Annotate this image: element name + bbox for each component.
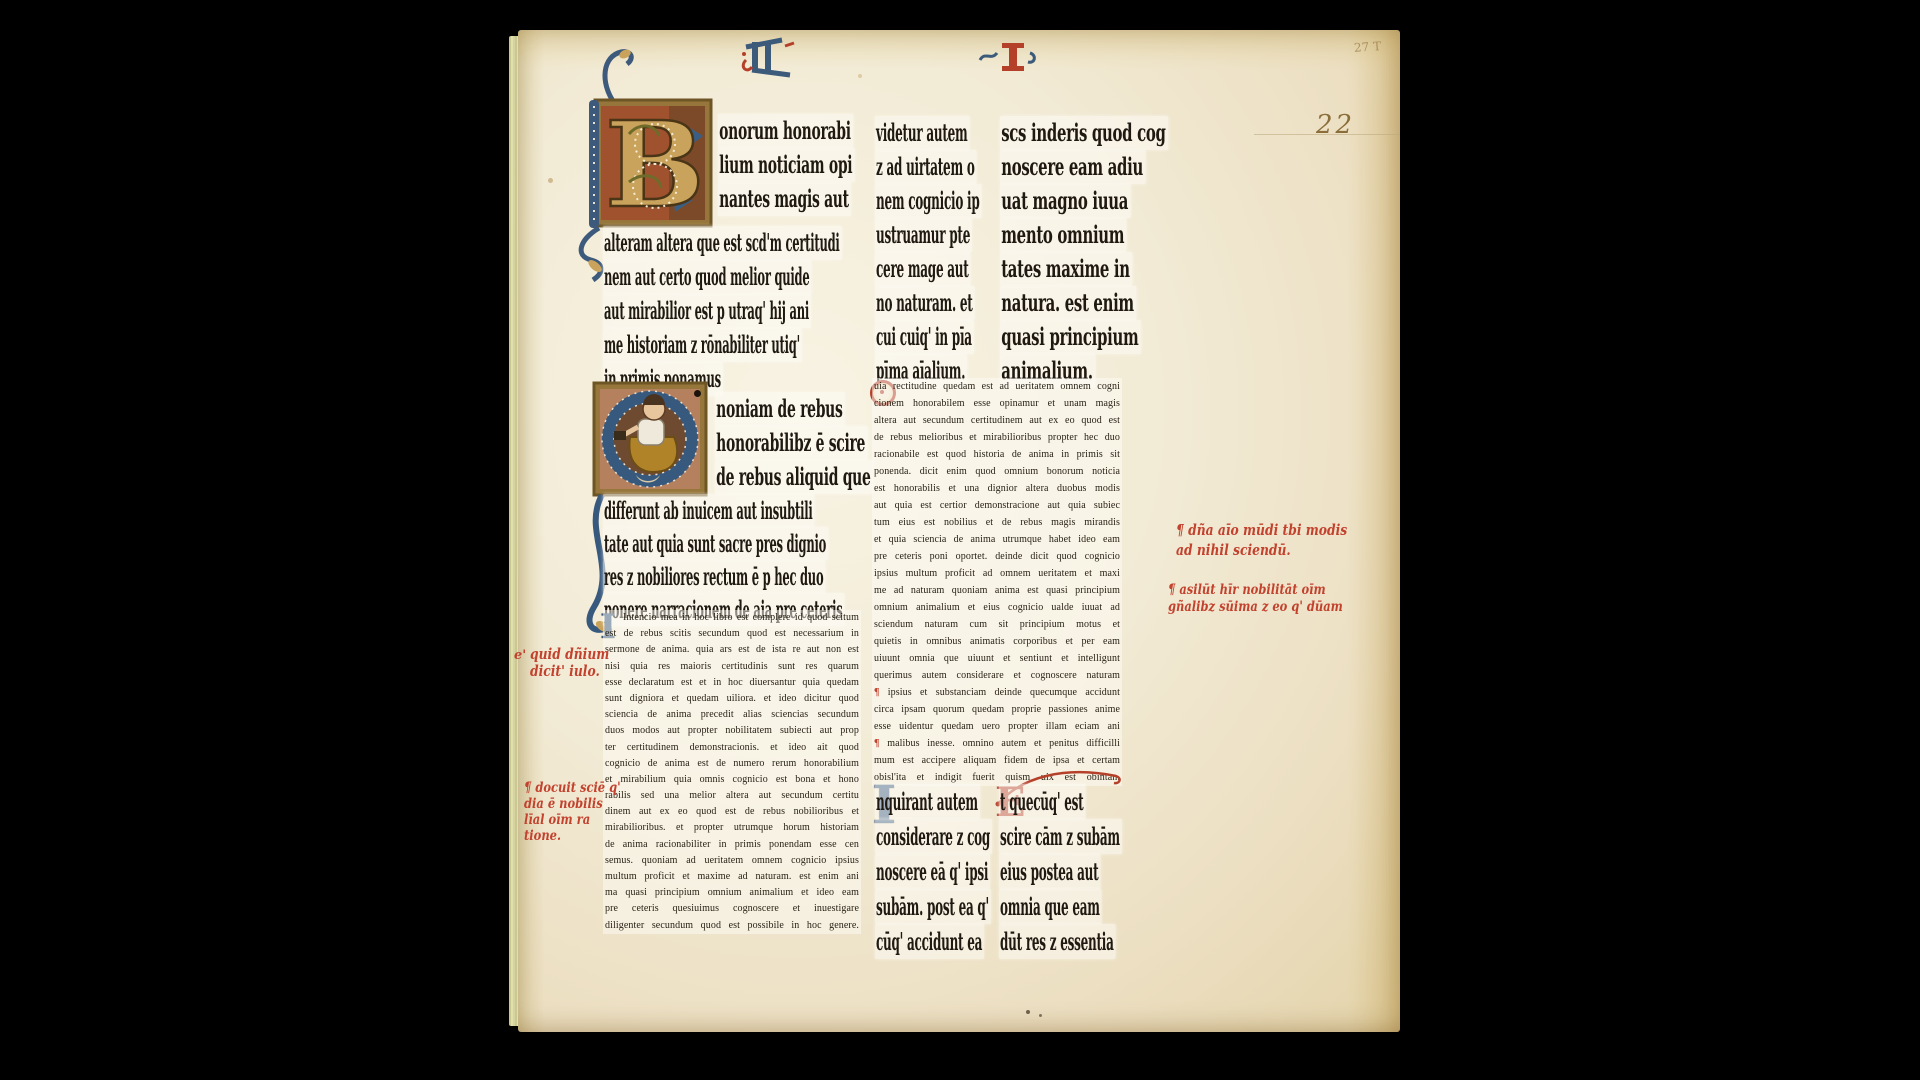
commentary-line: et quia sciencia de anima utrumque habet… <box>872 531 1122 548</box>
text-line-content: nem aut certo quod melior quide <box>603 260 811 294</box>
commentary-line: semus. quoniam ad ueritatem omnem cognic… <box>603 853 861 869</box>
commentary-line: uia rectitudine quedam est ad ueritatem … <box>872 378 1122 395</box>
text-line-content: me historiam z rōnabiliter utiq' <box>603 328 802 362</box>
bottom-block-right: t quecūq' estscire cām z subāmeius poste… <box>999 784 1245 959</box>
commentary-line: me ad naturam quoniam anima est quasi pr… <box>872 582 1122 599</box>
commentary-line: tum eius est nobilius et de rebus magis … <box>872 514 1122 531</box>
commentary-line: sciendum naturam cum sit principium motu… <box>872 616 1122 633</box>
quire-mark: 27 T <box>1354 41 1382 53</box>
text-line-content: noscere eā q' ipsi <box>875 854 990 889</box>
left-margin-note-2: ¶ docuit sciē q'dia ē nobilislīal oīm ra… <box>524 780 642 844</box>
commentary-line: ma quasi principium omnium animalium et … <box>603 885 861 901</box>
commentary-line: sciencia de anima precedit alias scienci… <box>603 707 861 723</box>
commentary-line: ipsius multum proficit ad omnem ueritate… <box>872 565 1122 582</box>
text-line-content: eius postea aut <box>999 854 1100 889</box>
text-line-content: natura. est enim <box>1000 286 1136 320</box>
text-line-content: dūt res z essentia <box>999 924 1116 959</box>
text-line-content: nantes magis aut <box>718 182 851 216</box>
text-line-content: res z nobiliores rectum ē p hec duo <box>603 560 825 593</box>
commentary-line: quietis in omnibus animatis corporibus e… <box>872 633 1122 650</box>
commentary-line: uiuunt omnia que uiuunt et sentiunt et i… <box>872 650 1122 667</box>
margin-note-line: dia ē nobilis <box>524 796 621 812</box>
text-line-content: aut mirabilior est p utraq' hij ani <box>603 294 811 328</box>
margin-mark: e' <box>514 648 526 663</box>
commentary-line: pre ceteris poni oportet. deinde dicit q… <box>872 548 1122 565</box>
commentary-line: pre ceteris quesiuimus cognoscere et inu… <box>603 901 861 917</box>
commentary-line: sunt digniora et quedam uiliora. et ideo… <box>603 691 861 707</box>
text-line-content: nquirant autem <box>875 784 980 819</box>
text-line-content: cūq' accidunt ea <box>875 924 984 959</box>
text-line-content: scire cām z subām <box>999 819 1122 854</box>
text-line-content: quasi principium <box>1000 320 1141 354</box>
commentary-line: duos modos aut propter nobilitatem subie… <box>603 723 861 739</box>
paragraph-mark: ¶ <box>1168 582 1175 598</box>
text-line-content: ustruamur pte <box>875 218 972 252</box>
text-line-content: noniam de rebus <box>715 392 845 426</box>
margin-note-line: ¶ docuit sciē q' <box>524 780 621 796</box>
text-line-content: honorabilibz ē scire <box>715 426 867 460</box>
margin-note-line: līal oīm ra <box>524 812 621 828</box>
commentary-line: ter certitudinem demonstracionis. et ide… <box>603 740 861 756</box>
text-line-content: lium noticiam opi <box>718 148 855 182</box>
commentary-line: querimus autem considerare et cognoscere… <box>872 667 1122 684</box>
commentary-line: circa ipsam quorum quedam proprie passio… <box>872 701 1122 718</box>
commentary-line: sermone de anima. quia ars est de ista r… <box>603 642 861 658</box>
text-line: omnia que eam <box>999 889 1245 924</box>
text-line: quasi principium <box>1000 320 1271 354</box>
text-line: noscere eam adiu <box>1000 150 1271 184</box>
paragraph-mark: ¶ <box>1176 521 1184 539</box>
text-line-content: no naturam. et <box>875 286 975 320</box>
commentary-line: multum proficit et maxime ad naturam. es… <box>603 869 861 885</box>
parchment-speck <box>858 74 862 78</box>
text-line-content: de rebus aliquid que <box>715 460 873 494</box>
text-line-content: noscere eam adiu <box>1000 150 1145 184</box>
commentary-line: ponenda. dicit enim quod omnium bonorum … <box>872 463 1122 480</box>
commentary-line: est honorabilis et una dignior altera du… <box>872 480 1122 497</box>
commentary-line: est de rebus scitis secundum quod est ne… <box>603 626 861 642</box>
folio-edges <box>509 36 518 1026</box>
margin-note-line: gñalibz sūima z eo q' dūam <box>1168 599 1343 616</box>
right-margin-note-1: ¶ dña aīo mūdi tbi modisad nihil sciendū… <box>1176 520 1385 560</box>
text-line: scs inderis quod cog <box>1000 116 1271 150</box>
text-line-content: onorum honorabi <box>718 114 853 148</box>
text-line-content: videtur autem <box>875 116 969 150</box>
text-line-content: omnia que eam <box>999 889 1102 924</box>
commentary-line: diligenter secundum quod est possibile i… <box>603 918 861 934</box>
text-line-content: scs inderis quod cog <box>1000 116 1168 150</box>
text-line-content: cere mage aut <box>875 252 971 286</box>
ink-speck <box>1039 1014 1042 1017</box>
margin-note-line: ¶ dña aīo mūdi tbi modis <box>1176 520 1347 540</box>
margin-note-line: quid dñium <box>530 646 609 663</box>
parchment-speck <box>548 178 553 183</box>
paragraph-mark: ¶ <box>874 738 880 749</box>
text-line: t quecūq' est <box>999 784 1245 819</box>
text-line-content: tates maxime in <box>1000 252 1132 286</box>
text-line: dūt res z essentia <box>999 924 1245 959</box>
commentary-line: esse declaratum est et in hoc diuersantu… <box>603 675 861 691</box>
page-number: 22 <box>1316 110 1355 140</box>
header-ornament-right <box>976 40 1040 74</box>
manuscript-page: 27 T 22 B onorum honorabilium noticiam o… <box>518 30 1400 1032</box>
commentary-line: ¶ ipsius et substanciam deinde quecumque… <box>872 684 1122 701</box>
margin-note-line: ad nihil sciendū. <box>1176 540 1347 560</box>
commentary-line: Intencio mea in hoc libro est complere i… <box>603 610 861 626</box>
right-margin-note-2: ¶ asilūt hīr nobilitāt oīmgñalibz sūima … <box>1168 582 1381 616</box>
text-line-content: nem cognicio ip <box>875 184 981 218</box>
text-line-content: uat magno iuua <box>1000 184 1131 218</box>
commentary-line: nisi quia res maioris certitudinis sunt … <box>603 659 861 675</box>
text-line-content: mento omnium <box>1000 218 1127 252</box>
text-line: natura. est enim <box>1000 286 1271 320</box>
text-line-content: cui cuiq' in pīa <box>875 320 974 354</box>
left-commentary-block: Intencio mea in hoc libro est complere i… <box>603 610 861 934</box>
ink-speck <box>1026 1010 1030 1014</box>
text-line-content: subām. post ea q' <box>875 889 991 924</box>
header-ornament-left <box>740 34 800 78</box>
commentary-line: cognicio de anima est de numero rerum ho… <box>603 756 861 772</box>
gloss-column-2: scs inderis quod cognoscere eam adiuuat … <box>1000 116 1271 388</box>
margin-note-line: tione. <box>524 828 621 844</box>
left-margin-note-1: quid dñiumdicit' iulo. <box>530 646 627 680</box>
ink-blot <box>694 390 701 397</box>
text-line: eius postea aut <box>999 854 1245 889</box>
text-line-content: considerare z cog <box>875 819 992 854</box>
text-line: mento omnium <box>1000 218 1271 252</box>
paragraph-mark: ¶ <box>874 687 880 698</box>
commentary-line: racionabile est quod historia de anima i… <box>872 446 1122 463</box>
text-line-content: differunt ab inuicem aut insubtili <box>603 494 814 527</box>
paragraph-mark: ¶ <box>524 780 531 796</box>
manuscript-photo: 27 T 22 B onorum honorabilium noticiam o… <box>0 0 1920 1080</box>
text-line-content: t quecūq' est <box>999 784 1085 819</box>
commentary-line: aut quia est certior demonstracione aut … <box>872 497 1122 514</box>
center-commentary-block: uia rectitudine quedam est ad ueritatem … <box>872 378 1122 786</box>
commentary-line: esse uidentur quedam uero propter illam … <box>872 718 1122 735</box>
text-line-content: tate aut quia sunt sacre pres dignio <box>603 527 828 560</box>
margin-note-line: ¶ asilūt hīr nobilitāt oīm <box>1168 582 1343 599</box>
text-line: uat magno iuua <box>1000 184 1271 218</box>
commentary-line: cionem honorabilem esse opinamur et unam… <box>872 395 1122 412</box>
commentary-line: de rebus melioribus et mirabilioribus pr… <box>872 429 1122 446</box>
text-line-content: z ad uirtatem o <box>875 150 977 184</box>
commentary-line: altera aut secundum certitudinem aut ex … <box>872 412 1122 429</box>
text-line: tates maxime in <box>1000 252 1271 286</box>
text-line: scire cām z subām <box>999 819 1245 854</box>
margin-note-line: dicit' iulo. <box>530 663 609 680</box>
commentary-line: omnium animalium et eius cognicio ualde … <box>872 599 1122 616</box>
text-line-content: alteram altera que est scd'm certitudi <box>603 226 841 260</box>
